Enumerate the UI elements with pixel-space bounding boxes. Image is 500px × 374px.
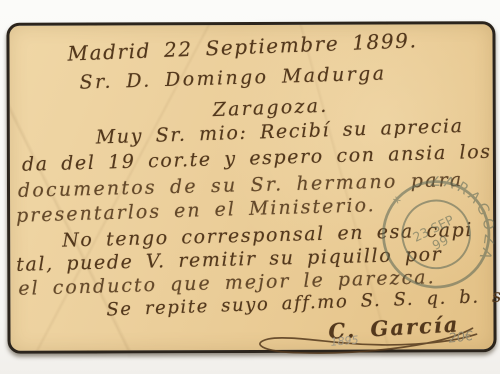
pencil-price-note: 20€ [448, 329, 474, 347]
pencil-year-note: 1895 [330, 333, 359, 348]
postcard: Madrid 22 Septiembre 1899. Sr. D. Doming… [6, 21, 496, 354]
recipient-line: Sr. D. Domingo Madurga [79, 64, 386, 92]
recipient-city: Zaragoza. [212, 97, 328, 120]
dateline: Madrid 22 Septiembre 1899. [67, 30, 418, 63]
body-line: presentarlos en el Ministerio. [16, 196, 376, 226]
postmark-stamp: ZARAGOZA * 23 SEP 99 [378, 176, 494, 292]
